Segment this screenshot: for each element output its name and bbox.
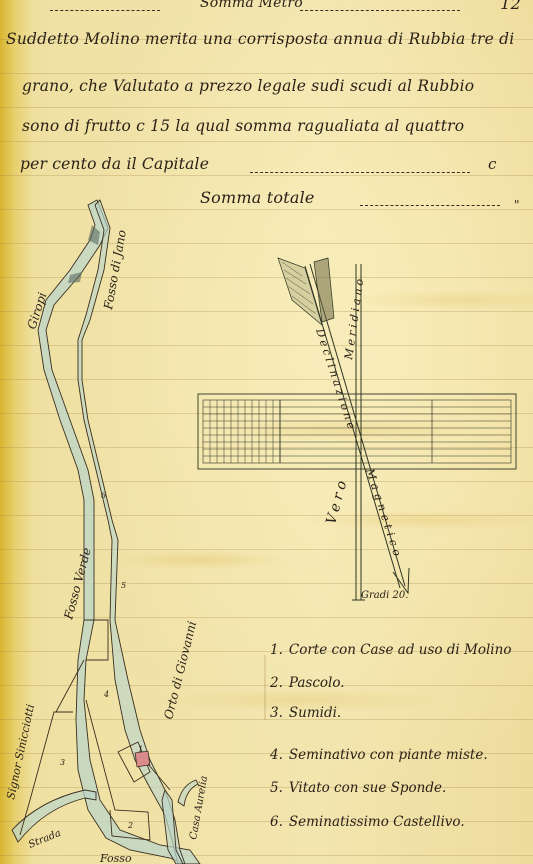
map-label-river-right: Orto di Giovanni (161, 620, 199, 721)
parcel-number-2: 2 (127, 821, 133, 830)
legend-item-2: 2.Pascolo. (270, 675, 345, 691)
parcel-number-3: 3 (60, 758, 65, 767)
map-label-bottom: Fosso (99, 852, 132, 864)
degrees-label: Gradi 20. (361, 590, 408, 601)
legend-item-3: 3.Sumidi. (270, 705, 341, 721)
magnetic-label: Magnetico (363, 466, 405, 561)
parcel-number-4: 4 (103, 690, 109, 699)
meridian-label: Meridiano (342, 275, 367, 361)
drawing-layer: Giropi Fosso di Jano Fosso Verde Orto di… (0, 0, 533, 864)
legend-item-5: 5.Vitato con sue Sponde. (270, 780, 446, 796)
map-label-bottom-left: Signor Sinicciotti (4, 703, 37, 801)
true-label: Vero (323, 475, 351, 526)
legend-item-6: 6.Seminatissimo Castellivo. (270, 814, 465, 830)
legend-item-4: 4.Seminativo con piante miste. (270, 747, 488, 763)
legend-item-1: 1.Corte con Case ad uso di Molino (270, 642, 511, 658)
parcel-number-1: 1 (138, 745, 143, 754)
parcel-number-6: 6 (101, 491, 106, 500)
parcel-number-5: 5 (121, 581, 126, 590)
map-label-road: Strada (27, 828, 63, 851)
manuscript-page: Somma Metro 12 Suddetto Molino merita un… (0, 0, 533, 864)
